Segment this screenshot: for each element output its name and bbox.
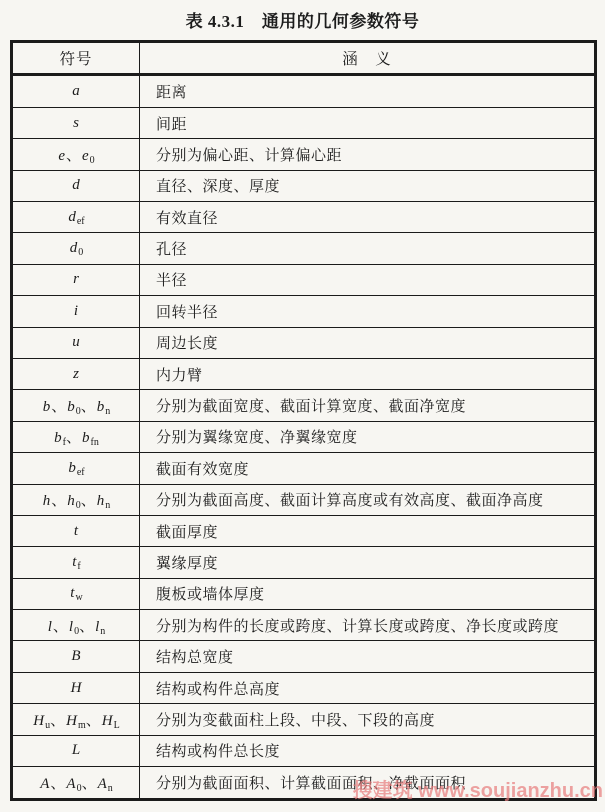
symbol-cell: bef: [12, 453, 140, 484]
symbol-cell: u: [12, 327, 140, 358]
meaning-cell: 截面有效宽度: [140, 453, 596, 484]
meaning-cell: 内力臂: [140, 358, 596, 389]
symbol-cell: def: [12, 201, 140, 232]
table-row: r半径: [12, 264, 596, 295]
meaning-cell: 结构或构件总长度: [140, 735, 596, 766]
meaning-cell: 结构或构件总高度: [140, 672, 596, 703]
table-row: def有效直径: [12, 201, 596, 232]
symbol-cell: A、A0、An: [12, 767, 140, 800]
table-title: 表 4.3.1 通用的几何参数符号: [0, 7, 605, 32]
table-row: bf、bfn分别为翼缘宽度、净翼缘宽度: [12, 421, 596, 452]
table-row: d0孔径: [12, 233, 596, 264]
meaning-cell: 周边长度: [140, 327, 596, 358]
table-row: h、h0、hn分别为截面高度、截面计算高度或有效高度、截面净高度: [12, 484, 596, 515]
document-page: 表 4.3.1 通用的几何参数符号 符号 涵 义 a距离s间距e、e0分别为偏心…: [0, 0, 605, 812]
table-row: t截面厚度: [12, 515, 596, 546]
meaning-cell: 截面厚度: [140, 515, 596, 546]
meaning-cell: 间距: [140, 107, 596, 138]
symbol-cell: l、l0、ln: [12, 610, 140, 641]
symbol-cell: h、h0、hn: [12, 484, 140, 515]
table-row: L结构或构件总长度: [12, 735, 596, 766]
symbol-cell: s: [12, 107, 140, 138]
symbol-cell: z: [12, 358, 140, 389]
symbol-cell: H: [12, 672, 140, 703]
meaning-cell: 分别为变截面柱上段、中段、下段的高度: [140, 704, 596, 735]
symbol-cell: tw: [12, 578, 140, 609]
meaning-cell: 翼缘厚度: [140, 547, 596, 578]
meaning-cell: 分别为翼缘宽度、净翼缘宽度: [140, 421, 596, 452]
header-symbol: 符号: [12, 42, 140, 75]
meaning-cell: 距离: [140, 75, 596, 108]
symbol-cell: d: [12, 170, 140, 201]
table-row: u周边长度: [12, 327, 596, 358]
symbol-table: 符号 涵 义 a距离s间距e、e0分别为偏心距、计算偏心距d直径、深度、厚度de…: [10, 40, 597, 801]
meaning-cell: 分别为截面高度、截面计算高度或有效高度、截面净高度: [140, 484, 596, 515]
symbol-cell: e、e0: [12, 139, 140, 170]
table-row: z内力臂: [12, 358, 596, 389]
symbol-cell: t: [12, 515, 140, 546]
symbol-cell: r: [12, 264, 140, 295]
symbol-cell: tf: [12, 547, 140, 578]
symbol-cell: a: [12, 75, 140, 108]
table-row: tw腹板或墙体厚度: [12, 578, 596, 609]
table-row: bef截面有效宽度: [12, 453, 596, 484]
table-row: A、A0、An分别为截面面积、计算截面面积、净截面面积: [12, 767, 596, 800]
meaning-cell: 孔径: [140, 233, 596, 264]
meaning-cell: 分别为截面宽度、截面计算宽度、截面净宽度: [140, 390, 596, 421]
table-row: b、b0、bn分别为截面宽度、截面计算宽度、截面净宽度: [12, 390, 596, 421]
table-row: tf翼缘厚度: [12, 547, 596, 578]
meaning-cell: 分别为截面面积、计算截面面积、净截面面积: [140, 767, 596, 800]
table-row: d直径、深度、厚度: [12, 170, 596, 201]
meaning-cell: 结构总宽度: [140, 641, 596, 672]
table-row: l、l0、ln分别为构件的长度或跨度、计算长度或跨度、净长度或跨度: [12, 610, 596, 641]
table-row: a距离: [12, 75, 596, 108]
symbol-cell: i: [12, 296, 140, 327]
table-row: s间距: [12, 107, 596, 138]
meaning-cell: 腹板或墙体厚度: [140, 578, 596, 609]
meaning-cell: 回转半径: [140, 296, 596, 327]
symbol-cell: L: [12, 735, 140, 766]
table-row: B结构总宽度: [12, 641, 596, 672]
table-body: a距离s间距e、e0分别为偏心距、计算偏心距d直径、深度、厚度def有效直径d0…: [12, 75, 596, 800]
symbol-cell: Hu、Hm、HL: [12, 704, 140, 735]
symbol-cell: B: [12, 641, 140, 672]
table-row: e、e0分别为偏心距、计算偏心距: [12, 139, 596, 170]
header-row: 符号 涵 义: [12, 42, 596, 75]
meaning-cell: 有效直径: [140, 201, 596, 232]
meaning-cell: 分别为构件的长度或跨度、计算长度或跨度、净长度或跨度: [140, 610, 596, 641]
table-row: H结构或构件总高度: [12, 672, 596, 703]
meaning-cell: 直径、深度、厚度: [140, 170, 596, 201]
table-row: i回转半径: [12, 296, 596, 327]
header-meaning: 涵 义: [140, 42, 596, 75]
table-row: Hu、Hm、HL分别为变截面柱上段、中段、下段的高度: [12, 704, 596, 735]
meaning-cell: 分别为偏心距、计算偏心距: [140, 139, 596, 170]
symbol-cell: bf、bfn: [12, 421, 140, 452]
meaning-cell: 半径: [140, 264, 596, 295]
symbol-cell: b、b0、bn: [12, 390, 140, 421]
symbol-cell: d0: [12, 233, 140, 264]
